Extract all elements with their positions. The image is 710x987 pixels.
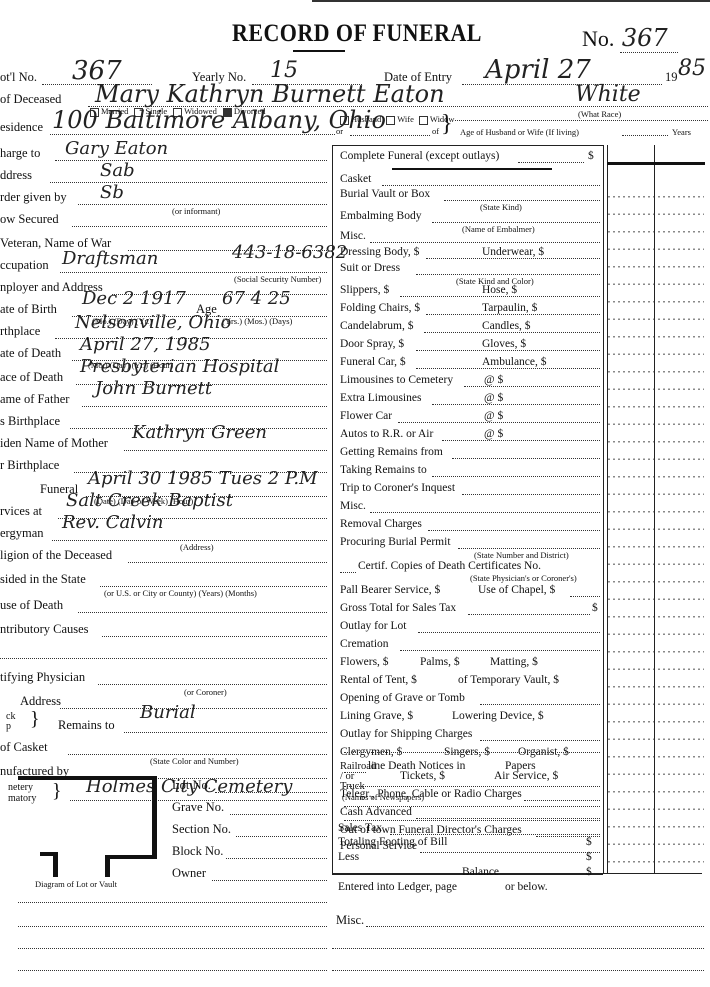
misc-charge-label-2: Misc.: [340, 500, 366, 512]
misc-label: Misc.: [336, 913, 364, 928]
certifying-physician-label: tifying Physician: [0, 670, 85, 685]
newspapers-line[interactable]: [344, 786, 600, 787]
flower-car-label: Flower Car: [340, 410, 392, 422]
dotted-leader: [420, 852, 600, 853]
autos-rr-air-label: Autos to R.R. or Air: [340, 428, 433, 440]
gloves-label: Gloves, $: [482, 338, 526, 350]
date-of-entry-field[interactable]: April 27: [485, 55, 591, 85]
funeral-field[interactable]: April 30 1985 Tues 2 P.M: [88, 468, 318, 489]
mother-maiden-name-field[interactable]: Kathryn Green: [132, 422, 267, 443]
diagram-top-wall: [18, 776, 156, 780]
underwear-label: Underwear, $: [482, 246, 544, 258]
services-at-field[interactable]: Salt Creek Baptist: [66, 490, 233, 511]
dotted-leader: [444, 200, 600, 201]
dotted-leader: [426, 314, 600, 315]
casket-label: of Casket: [0, 740, 48, 755]
use-of-chapel-label: Use of Chapel, $: [478, 584, 555, 596]
limousines-cemetery-label: Limousines to Cemetery: [340, 374, 453, 386]
remains-line: [124, 732, 327, 733]
dressing-body-label: Dressing Body, $: [340, 246, 419, 258]
remains-to-label: Remains to: [58, 718, 115, 733]
mother-maiden-name-label: iden Name of Mother: [0, 436, 108, 451]
ship-label: ckp: [6, 712, 15, 732]
date-of-death-field[interactable]: April 27, 1985: [80, 334, 211, 355]
cremation-label: Cremation: [340, 638, 389, 650]
religion-line[interactable]: [128, 562, 327, 563]
clergyman-address-caption: (Address): [180, 542, 214, 552]
checkbox-icon: [419, 116, 428, 125]
physician-coroner-caption: (State Physician's or Coroner's): [470, 573, 577, 583]
clergyman-label: ergyman: [0, 526, 44, 541]
funeral-total-bar: [607, 162, 705, 165]
sales-tax-line[interactable]: [390, 834, 600, 835]
father-line: [82, 406, 327, 407]
name-of-deceased-label: of Deceased: [0, 92, 61, 107]
temporary-vault-label: of Temporary Vault, $: [458, 674, 559, 686]
dotted-leader: [462, 494, 600, 495]
dotted-leader: [480, 740, 600, 741]
charge-to-label: harge to: [0, 146, 40, 161]
section-no-label: Section No.: [172, 822, 231, 837]
bottom-line-4[interactable]: [18, 970, 327, 971]
date-of-birth-field[interactable]: Dec 2 1917: [82, 288, 186, 309]
place-of-death-field[interactable]: Presbyterian Hospital: [80, 356, 279, 377]
dotted-leader: [452, 458, 600, 459]
newspapers-line-2[interactable]: [344, 806, 600, 807]
ambulance-label: Ambulance, $: [482, 356, 547, 368]
mother-line: [124, 450, 327, 451]
dotted-leader: [468, 614, 590, 615]
resided-in-state-label: sided in the State: [0, 572, 86, 587]
name-of-deceased-field[interactable]: Mary Kathryn Burnett Eaton: [95, 80, 445, 108]
outlay-shipping-label: Outlay for Shipping Charges: [340, 728, 472, 740]
lot-no-line[interactable]: [215, 792, 327, 793]
opening-grave-label: Opening of Grave or Tomb: [340, 692, 465, 704]
checkbox-icon: [340, 116, 349, 125]
block-no-line[interactable]: [226, 858, 327, 859]
total-no-label: ot'l No.: [0, 70, 37, 85]
complete-funeral-label: Complete Funeral (except outlays): [340, 150, 499, 162]
address-line: [50, 182, 327, 183]
coroner-caption: (or Coroner): [184, 687, 227, 697]
brace-icon: }: [52, 780, 62, 803]
lot-no-label: Lot No.: [172, 778, 211, 793]
how-secured-label: ow Secured: [0, 212, 59, 227]
resided-line[interactable]: [100, 586, 327, 587]
dotted-leader: [426, 258, 600, 259]
father-name-label: ame of Father: [0, 392, 69, 407]
diagram-door-left: [53, 852, 58, 877]
diagram-bottom-right: [105, 855, 157, 859]
ssn-field[interactable]: 443-18-6382: [232, 242, 347, 263]
remains-to-field[interactable]: Burial: [140, 702, 196, 723]
state-kind-caption: (State Kind): [480, 202, 522, 212]
age-spouse-line[interactable]: [622, 135, 668, 136]
casket-caption: (State Color and Number): [150, 756, 239, 766]
lining-grave-label: Lining Grave, $: [340, 710, 413, 722]
dotted-leader: [480, 704, 600, 705]
or-label: or: [336, 126, 343, 136]
birthplace-field[interactable]: Nelsonville, Ohio: [75, 312, 231, 333]
dotted-leader: [570, 596, 600, 597]
door-spray-label: Door Spray, $: [340, 338, 404, 350]
pall-bearer-label: Pall Bearer Service, $: [340, 584, 440, 596]
dotted-leader: [432, 222, 600, 223]
dotted-leader: [418, 632, 600, 633]
papers-label: Papers: [505, 760, 536, 772]
billing-bottom-rule: [332, 873, 702, 874]
slippers-label: Slippers, $: [340, 284, 389, 296]
amount-column-fields[interactable]: [608, 180, 704, 870]
cause-of-death-label: use of Death: [0, 598, 63, 613]
charge-to-field[interactable]: Gary Eaton: [65, 138, 168, 159]
record-number-value[interactable]: 367: [620, 24, 678, 53]
order-given-by-field[interactable]: Sb: [100, 182, 124, 203]
dotted-leader: [524, 800, 600, 801]
misc-line-1[interactable]: [366, 926, 704, 927]
cemetery-crematory-label: neterymatory: [8, 782, 36, 804]
age-spouse-label: Age of Husband or Wife (If living): [460, 127, 579, 137]
casket-charge-label: Casket: [340, 173, 371, 185]
newspapers-line-3[interactable]: [344, 820, 600, 821]
father-name-field[interactable]: John Burnett: [95, 378, 212, 399]
personal-service-extra-line[interactable]: [344, 752, 600, 753]
dotted-leader: [432, 404, 600, 405]
cash-advanced-label: Cash Advanced: [340, 806, 412, 818]
coroner-inquest-label: Trip to Coroner's Inquest: [340, 482, 455, 494]
contributory-causes-label: ntributory Causes: [0, 622, 89, 637]
clergyman-field[interactable]: Rev. Calvin: [62, 512, 163, 533]
grave-no-label: Grave No.: [172, 800, 224, 815]
taking-remains-label: Taking Remains to: [340, 464, 427, 476]
record-number: No. 367: [582, 24, 678, 52]
copies-count-line[interactable]: [340, 572, 356, 573]
flowers-label: Flowers, $: [340, 656, 389, 668]
matting-label: Matting, $: [490, 656, 538, 668]
father-birthplace-label: s Birthplace: [0, 414, 60, 429]
checkbox-icon: [386, 116, 395, 125]
diagram-right-wall: [152, 776, 157, 858]
ledger-page-label: Entered into Ledger, page: [338, 881, 457, 893]
dotted-leader: [398, 422, 600, 423]
at-rate-label: @ $: [484, 410, 503, 422]
services-at-label: rvices at: [0, 504, 42, 519]
diagram-caption: Diagram of Lot or Vault: [35, 879, 117, 889]
embalmer-caption: (Name of Embalmer): [462, 224, 535, 234]
dotted-leader: [370, 512, 600, 513]
death-notices-label: line Death Notices in: [368, 760, 465, 772]
dollar-sign: $: [586, 836, 592, 848]
page-title: RECORD OF FUNERAL: [232, 20, 482, 48]
year-prefix: 19: [665, 70, 678, 85]
date-of-death-label: ate of Death: [0, 346, 61, 361]
owner-line[interactable]: [212, 880, 327, 881]
years-label: Years: [672, 127, 691, 137]
bottom-line-2[interactable]: [18, 926, 327, 927]
place-of-death-label: ace of Death: [0, 370, 63, 385]
tarpaulin-label: Tarpaulin, $: [482, 302, 537, 314]
candles-label: Candles, $: [482, 320, 531, 332]
title-underline: [293, 50, 345, 52]
record-number-label: No.: [582, 26, 614, 51]
dollar-sign: $: [588, 150, 594, 162]
extra-limousines-label: Extra Limousines: [340, 392, 421, 404]
rental-tent-label: Rental of Tent, $: [340, 674, 417, 686]
funeral-car-label: Funeral Car, $: [340, 356, 406, 368]
dotted-leader: [416, 274, 600, 275]
year-field[interactable]: 85: [678, 56, 706, 81]
at-rate-label: @ $: [484, 428, 503, 440]
contributory-causes-line[interactable]: [102, 636, 327, 637]
charge-to-line: [55, 160, 327, 161]
clergyman-line: [52, 540, 327, 541]
getting-remains-label: Getting Remains from: [340, 446, 443, 458]
dotted-leader: [518, 162, 584, 163]
at-rate-label: @ $: [484, 374, 503, 386]
dotted-leader: [458, 548, 600, 549]
less-label: Less: [338, 851, 359, 863]
physician-address-label: Address: [20, 694, 61, 709]
gross-total-label: Gross Total for Sales Tax: [340, 602, 456, 614]
burial-permit-label: Procuring Burial Permit: [340, 536, 451, 548]
race-caption: (What Race): [578, 109, 621, 119]
residence-label: esidence: [0, 120, 43, 135]
resided-caption: (or U.S. or City or County) (Years) (Mon…: [104, 588, 257, 598]
folding-chairs-label: Folding Chairs, $: [340, 302, 420, 314]
notice-lines-count[interactable]: [344, 772, 366, 773]
informant-caption: (or informant): [172, 206, 220, 216]
dotted-leader: [416, 350, 600, 351]
diagram-door-right: [105, 855, 110, 877]
how-secured-line[interactable]: [72, 226, 327, 227]
order-given-by-label: rder given by: [0, 190, 67, 205]
dotted-leader: [442, 440, 600, 441]
dollar-sign: $: [586, 851, 592, 863]
spouse-line-upper: [455, 120, 708, 121]
state-number-caption: (State Number and District): [474, 550, 569, 560]
dotted-leader: [424, 332, 600, 333]
removal-charges-label: Removal Charges: [340, 518, 422, 530]
candelabrum-label: Candelabrum, $: [340, 320, 413, 332]
dotted-leader: [464, 386, 600, 387]
address-label: ddress: [0, 168, 32, 183]
at-rate-label: @ $: [484, 392, 503, 404]
race-field[interactable]: White: [575, 82, 641, 107]
age-field[interactable]: 67 4 25: [222, 288, 291, 309]
date-of-birth-label: ate of Birth: [0, 302, 57, 317]
block-no-label: Block No.: [172, 844, 223, 859]
or-below-label: or below.: [505, 881, 548, 893]
bottom-line-1[interactable]: [18, 902, 327, 903]
occupation-field[interactable]: Draftsman: [62, 248, 158, 269]
cause-of-death-line[interactable]: [78, 612, 327, 613]
bottom-line-3[interactable]: [18, 948, 327, 949]
age-caption: (Yrs.) (Mos.) (Days): [222, 316, 292, 326]
misc-line-2[interactable]: [332, 948, 704, 949]
burial-vault-label: Burial Vault or Box: [340, 188, 430, 200]
casket-line[interactable]: [68, 754, 327, 755]
hose-label: Hose, $: [482, 284, 517, 296]
outlay-lot-label: Outlay for Lot: [340, 620, 406, 632]
occupation-label: ccupation: [0, 258, 49, 273]
address-field[interactable]: Sab: [100, 160, 135, 181]
dotted-leader: [416, 818, 600, 819]
misc-charge-label: Misc.: [340, 230, 366, 242]
balance-label: Balance: [462, 866, 499, 878]
dotted-leader: [370, 242, 600, 243]
dotted-leader: [416, 368, 600, 369]
spouse-name-line: [350, 135, 430, 136]
top-rule: [312, 0, 710, 2]
dotted-leader: [432, 476, 600, 477]
lowering-device-label: Lowering Device, $: [452, 710, 544, 722]
misc-line-3[interactable]: [332, 970, 704, 971]
sales-tax-label: Sales Tax: [338, 822, 382, 834]
order-given-by-line: [78, 204, 327, 205]
suit-dress-label: Suit or Dress: [340, 262, 400, 274]
checkbox-wife[interactable]: Wife: [386, 114, 414, 125]
dotted-leader: [428, 530, 600, 531]
section-no-line[interactable]: [236, 836, 327, 837]
checkbox-husband[interactable]: Husband: [340, 114, 381, 125]
birthplace-label: rthplace: [0, 324, 40, 339]
brace-icon: }: [30, 708, 40, 731]
totaling-footing-label: Totaling Footing of Bill: [338, 836, 447, 848]
spouse-options: Husband Wife Widow: [340, 114, 455, 125]
dollar-sign: $: [586, 866, 592, 878]
newspapers-caption: (Names of Newspapers): [342, 792, 424, 802]
contributory-extra-line[interactable]: [0, 658, 327, 659]
owner-label: Owner: [172, 866, 206, 881]
dotted-leader: [400, 296, 600, 297]
palms-label: Palms, $: [420, 656, 460, 668]
mother-birthplace-label: r Birthplace: [0, 458, 59, 473]
funeral-underline: [392, 168, 552, 170]
religion-label: ligion of the Deceased: [0, 548, 112, 563]
grave-no-line[interactable]: [230, 814, 327, 815]
residence-line: [50, 134, 335, 135]
brace-icon: }: [441, 112, 453, 136]
embalming-label: Embalming Body: [340, 210, 421, 222]
certif-copies-label: Certif. Copies of Death Certificates No.: [358, 560, 541, 572]
dotted-leader: [382, 185, 600, 186]
of-label: of: [432, 126, 439, 136]
occupation-line: [60, 272, 327, 273]
dollar-sign: $: [592, 602, 598, 614]
physician-line[interactable]: [98, 684, 327, 685]
dotted-leader: [400, 650, 600, 651]
ssn-caption: (Social Security Number): [234, 274, 321, 284]
